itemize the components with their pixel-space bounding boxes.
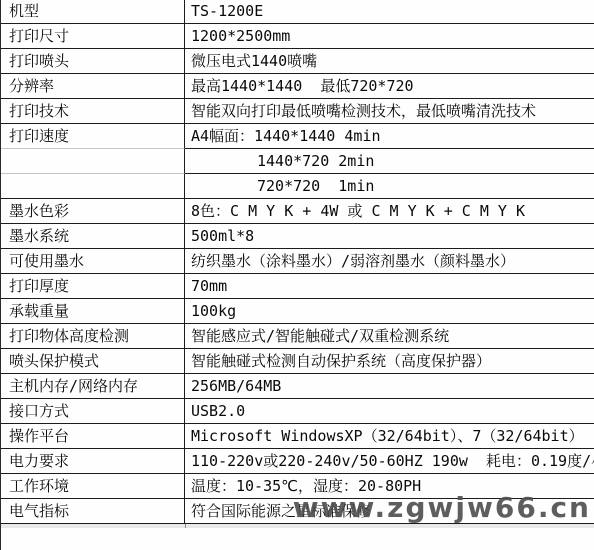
- spec-label: 主机内存/网络内存: [1, 374, 185, 399]
- spec-label: 打印速度: [1, 124, 185, 149]
- spec-value: 8色：C M Y K + 4W 或 C M Y K + C M Y K: [185, 199, 594, 224]
- spec-value: 1440*720 2min: [185, 149, 594, 174]
- spec-label: 墨水色彩: [1, 199, 185, 224]
- bottom-partial-row: [1, 524, 594, 528]
- spec-value: 纺织墨水（涂料墨水）/弱溶剂墨水（颜料墨水）: [185, 249, 594, 274]
- spec-label: 机型: [1, 0, 185, 24]
- spec-value: Microsoft WindowsXP（32/64bit）、7（32/64bit…: [185, 424, 594, 449]
- table-row: 操作平台 Microsoft WindowsXP（32/64bit）、7（32/…: [1, 424, 594, 449]
- spec-value: 最高1440*1440 最低720*720: [185, 74, 594, 99]
- table-row: 打印物体高度检测 智能感应式/智能触碰式/双重检测系统: [1, 324, 594, 349]
- table-row: 1440*720 2min: [1, 149, 594, 174]
- table-row: 打印尺寸 1200*2500mm: [1, 24, 594, 49]
- spec-value: 256MB/64MB: [185, 374, 594, 399]
- spec-value: USB2.0: [185, 399, 594, 424]
- spec-label: 操作平台: [1, 424, 185, 449]
- spec-label: [1, 149, 185, 174]
- table-row: 墨水色彩 8色：C M Y K + 4W 或 C M Y K + C M Y K: [1, 199, 594, 224]
- table-row: 可使用墨水 纺织墨水（涂料墨水）/弱溶剂墨水（颜料墨水）: [1, 249, 594, 274]
- spec-label: 打印尺寸: [1, 24, 185, 49]
- spec-label: 工作环境: [1, 474, 185, 499]
- spec-value: TS-1200E: [185, 0, 594, 24]
- column-divider: [185, 524, 186, 528]
- printer-spec-table: 机型 TS-1200E 打印尺寸 1200*2500mm 打印喷头 微压电式14…: [1, 0, 594, 528]
- spec-label: 喷头保护模式: [1, 349, 185, 374]
- spec-label: 可使用墨水: [1, 249, 185, 274]
- spec-label: 墨水系统: [1, 224, 185, 249]
- spec-value: 智能感应式/智能触碰式/双重检测系统: [185, 324, 594, 349]
- spec-label: 打印物体高度检测: [1, 324, 185, 349]
- table-row: 720*720 1min: [1, 174, 594, 199]
- spec-value: 微压电式1440喷嘴: [185, 49, 594, 74]
- spec-value: 100kg: [185, 299, 594, 324]
- table-row: 接口方式 USB2.0: [1, 399, 594, 424]
- spec-label: 承载重量: [1, 299, 185, 324]
- spec-label: 分辨率: [1, 74, 185, 99]
- table-row: 分辨率 最高1440*1440 最低720*720: [1, 74, 594, 99]
- spec-value: 智能双向打印最低喷嘴检测技术，最低喷嘴清洗技术: [185, 99, 594, 124]
- spec-label: 电气指标: [1, 499, 185, 524]
- spec-value: 智能触碰式检测自动保护系统（高度保护器）: [185, 349, 594, 374]
- spec-label: 电力要求: [1, 449, 185, 474]
- table-row: 打印速度 A4幅面：1440*1440 4min: [1, 124, 594, 149]
- table-row: 电力要求 110-220v或220-240v/50-60HZ 190w 耗电：0…: [1, 449, 594, 474]
- table-row: 打印厚度 70mm: [1, 274, 594, 299]
- spec-value: 1200*2500mm: [185, 24, 594, 49]
- table-row: 打印喷头 微压电式1440喷嘴: [1, 49, 594, 74]
- spec-label: 打印技术: [1, 99, 185, 124]
- spec-label: 接口方式: [1, 399, 185, 424]
- spec-label: 打印厚度: [1, 274, 185, 299]
- spec-value: 500ml*8: [185, 224, 594, 249]
- table-row: 墨水系统 500ml*8: [1, 224, 594, 249]
- table-row: 主机内存/网络内存 256MB/64MB: [1, 374, 594, 399]
- spec-value: 720*720 1min: [185, 174, 594, 199]
- table-row: 机型 TS-1200E: [1, 0, 594, 24]
- spec-label: 打印喷头: [1, 49, 185, 74]
- table-row: 打印技术 智能双向打印最低喷嘴检测技术，最低喷嘴清洗技术: [1, 99, 594, 124]
- spec-value: A4幅面：1440*1440 4min: [185, 124, 594, 149]
- spec-value: 110-220v或220-240v/50-60HZ 190w 耗电：0.19度/…: [185, 449, 594, 474]
- spec-value: 70mm: [185, 274, 594, 299]
- table-row: 喷头保护模式 智能触碰式检测自动保护系统（高度保护器）: [1, 349, 594, 374]
- table-row: 承载重量 100kg: [1, 299, 594, 324]
- spec-sheet: 机型 TS-1200E 打印尺寸 1200*2500mm 打印喷头 微压电式14…: [0, 0, 594, 550]
- watermark-text: www.zgwjw66.cn: [293, 491, 591, 524]
- spec-label: [1, 174, 185, 199]
